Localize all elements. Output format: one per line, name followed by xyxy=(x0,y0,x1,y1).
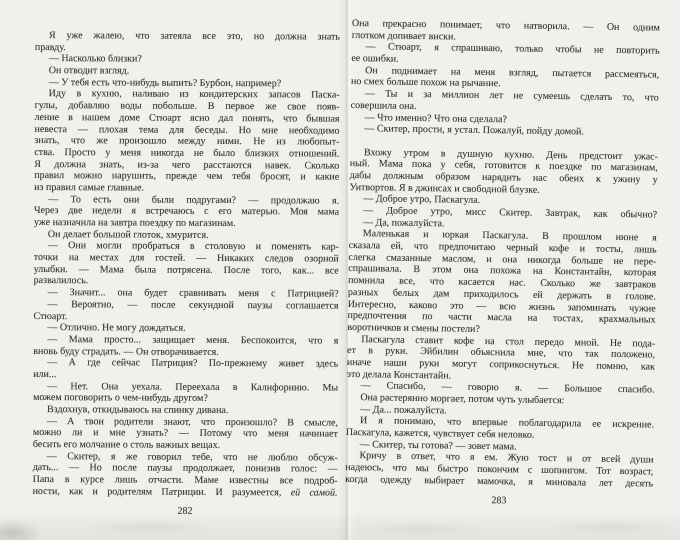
text-line: — Вероятно, — после секундной паузы согл… xyxy=(34,299,339,312)
book-page-left: Я уже жалею, что затеяла все это, но дол… xyxy=(32,30,340,517)
text-line: ности, как и родителям Патриции. И разум… xyxy=(33,486,338,499)
text-line: ление в нашем доме Стюарт ясно дал понят… xyxy=(35,112,340,125)
text-line: из правил самые главные. xyxy=(34,182,339,195)
text-line: — Мама просто... защищает меня. Беспокои… xyxy=(33,334,338,347)
text-line: — А где сейчас Патриция? По-прежнему жив… xyxy=(33,357,338,370)
italic-text-segment: ей самой. xyxy=(291,487,338,498)
text-segment: ности, как и родителям Патриции. И разум… xyxy=(33,486,291,498)
page-number-left: 282 xyxy=(32,504,337,517)
page-left-text: Я уже жалею, что затеяла все это, но дол… xyxy=(33,30,340,499)
text-line: Я уже жалею, что затеяла все это, но дол… xyxy=(35,30,340,43)
page-right-text: Она прекрасно понимает, что натворила. —… xyxy=(345,18,660,490)
text-line: ства. Просто у меня никогда не было близ… xyxy=(34,147,339,160)
book-page-right: Она прекрасно понимает, что натворила. —… xyxy=(345,18,660,508)
